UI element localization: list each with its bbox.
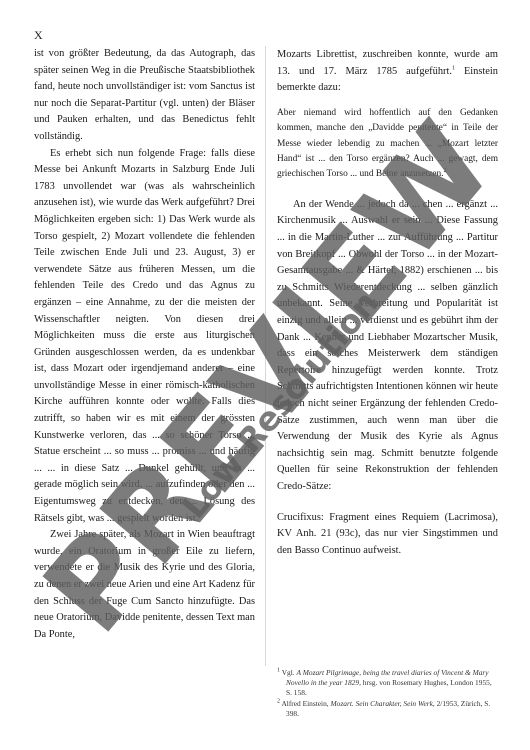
einstein-quote: Aber niemand wird hoffentlich auf den Ge… (277, 106, 498, 183)
paragraph-oratorio: Zwei Jahre später, als Mozart in Wien be… (34, 527, 255, 643)
paragraph-autograph: ist von größter Bedeutung, da das Autogr… (34, 46, 255, 146)
footnote-2: 2 Alfred Einstein, Mozart. Sein Charakte… (277, 699, 498, 719)
footnote-ref[interactable]: 2 (444, 168, 447, 174)
paragraph-question-text: Es erhebt sich nun folgende Frage: falls… (34, 148, 255, 524)
footnote-mark: 1 (277, 668, 280, 674)
right-column: Mozarts Librettist, zuschreiben konnte, … (277, 47, 498, 559)
footnote-title: Mozart. Sein Charakter, Sein Werk (331, 699, 433, 708)
footnote-1: 1 Vgl. A Mozart Pilgrimage, being the tr… (277, 668, 498, 699)
paragraph-oratorio-text: Zwei Jahre später, als Mozart in Wien be… (34, 529, 255, 640)
source-item-crucifixus: Crucifixus: Fragment eines Requiem (Lacr… (277, 510, 498, 560)
quote-text: Aber niemand wird hoffentlich auf den Ge… (277, 108, 498, 180)
footnote-prefix: Alfred Einstein, (281, 699, 330, 708)
page-number: X (34, 28, 43, 43)
footnote-prefix: Vgl. (282, 668, 297, 677)
document-page: X ist von größter Bedeutung, da das Auto… (0, 0, 530, 750)
footnotes: 1 Vgl. A Mozart Pilgrimage, being the tr… (277, 668, 498, 719)
left-column: ist von größter Bedeutung, da das Autogr… (34, 46, 255, 643)
footnote-mark: 2 (277, 698, 280, 704)
paragraph-question: Es erhebt sich nun folgende Frage: falls… (34, 146, 255, 528)
paragraph-schmitt: An der Wende ... jedoch da ... chen ... … (277, 197, 498, 496)
paragraph-intro: Mozarts Librettist, zuschreiben konnte, … (277, 47, 498, 97)
column-divider (265, 46, 266, 666)
